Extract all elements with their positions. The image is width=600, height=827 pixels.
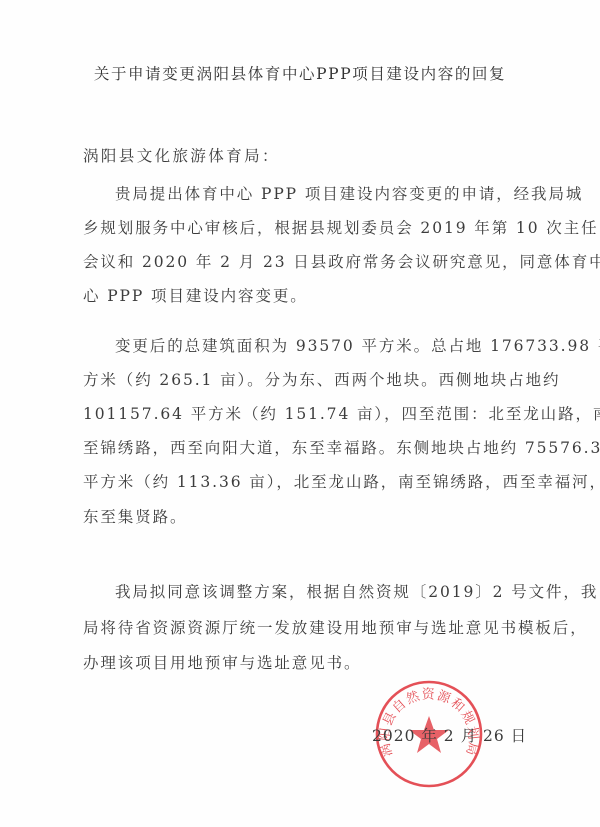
document-date: 2020 年 2 月 26 日 bbox=[372, 724, 527, 746]
paragraph-3-line-1: 我局拟同意该调整方案，根据自然资规〔2019〕2 号文件，我 bbox=[115, 582, 575, 602]
paragraph-1-line-2: 乡规划服务中心审核后，根据县规划委员会 2019 年第 10 次主任 bbox=[83, 218, 543, 238]
salutation: 涡阳县文化旅游体育局： bbox=[83, 146, 543, 166]
paragraph-1-line-3: 会议和 2020 年 2 月 23 日县政府常务会议研究意见，同意体育中 bbox=[83, 252, 543, 272]
paragraph-1-line-4: 心 PPP 项目建设内容变更。 bbox=[83, 286, 543, 306]
paragraph-2-line-2: 方米（约 265.1 亩）。分为东、西两个地块。西侧地块占地约 bbox=[83, 370, 543, 390]
document-title: 关于申请变更涡阳县体育中心PPP项目建设内容的回复 bbox=[0, 62, 600, 84]
paragraph-2-line-5: 平方米（约 113.36 亩），北至龙山路，南至锦绣路，西至幸福河， bbox=[83, 472, 543, 492]
paragraph-2-line-6: 东至集贤路。 bbox=[83, 507, 543, 527]
paragraph-2-line-4: 至锦绣路，西至向阳大道，东至幸福路。东侧地块占地约 75576.34 bbox=[83, 438, 543, 458]
paragraph-2-line-3: 101157.64 平方米（约 151.74 亩），四至范围：北至龙山路，南 bbox=[83, 404, 543, 424]
paragraph-3-line-3: 办理该项目用地预审与选址意见书。 bbox=[83, 653, 543, 673]
paragraph-3-line-2: 局将待省资源资源厅统一发放建设用地预审与选址意见书模板后， bbox=[83, 618, 543, 638]
paragraph-1-line-1: 贵局提出体育中心 PPP 项目建设内容变更的申请，经我局城 bbox=[115, 184, 575, 204]
document-page: 关于申请变更涡阳县体育中心PPP项目建设内容的回复 涡阳县文化旅游体育局： 贵局… bbox=[0, 0, 600, 827]
paragraph-2-line-1: 变更后的总建筑面积为 93570 平方米。总占地 176733.98 平 bbox=[115, 336, 575, 356]
